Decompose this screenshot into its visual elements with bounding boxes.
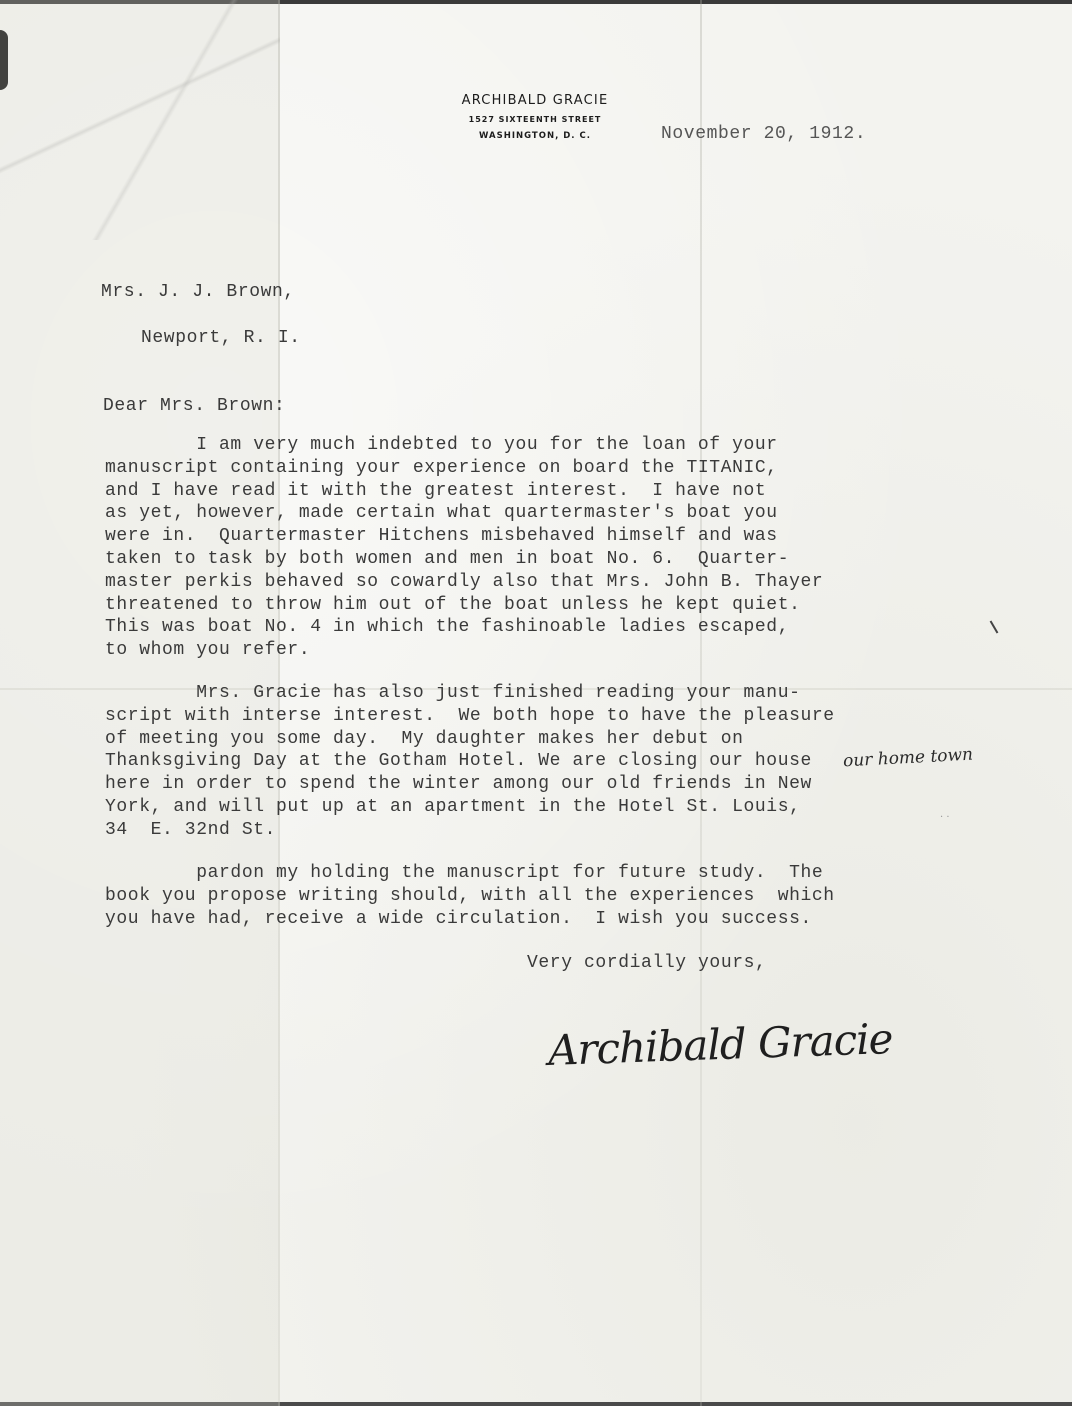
body-line: script with interse interest. We both ho…: [105, 705, 835, 728]
body-line: you have had, receive a wide circulation…: [105, 908, 835, 931]
body-line: Thanksgiving Day at the Gotham Hotel. We…: [105, 750, 835, 773]
body-line: Mrs. Gracie has also just finished readi…: [105, 682, 835, 705]
body-paragraph-1: I am very much indebted to you for the l…: [105, 434, 823, 662]
body-line: pardon my holding the manuscript for fut…: [105, 862, 835, 885]
signature: Archibald Gracie: [547, 1014, 893, 1075]
body-line: of meeting you some day. My daughter mak…: [105, 728, 835, 751]
body-line: 34 E. 32nd St.: [105, 819, 835, 842]
body-paragraph-2: Mrs. Gracie has also just finished readi…: [105, 682, 835, 842]
handwritten-correction: our home town: [843, 745, 974, 772]
letterhead-street: 1527 SIXTEENTH STREET: [430, 113, 640, 127]
body-line: and I have read it with the greatest int…: [105, 480, 823, 503]
body-line: manuscript containing your experience on…: [105, 457, 823, 480]
body-line: here in order to spend the winter among …: [105, 773, 835, 796]
body-line: as yet, however, made certain what quart…: [105, 502, 823, 525]
letter-date: November 20, 1912.: [661, 124, 866, 144]
body-line: to whom you refer.: [105, 639, 823, 662]
body-line: master perkis behaved so cowardly also t…: [105, 571, 823, 594]
letterhead: ARCHIBALD GRACIE 1527 SIXTEENTH STREET W…: [430, 92, 640, 143]
letterhead-name: ARCHIBALD GRACIE: [430, 92, 640, 110]
body-line: York, and will put up at an apartment in…: [105, 796, 835, 819]
ink-mark: [990, 620, 999, 633]
letterhead-city: WASHINGTON, D. C.: [430, 129, 640, 143]
body-line: threatened to throw him out of the boat …: [105, 594, 823, 617]
recipient-city: Newport, R. I.: [141, 328, 301, 348]
body-line: I am very much indebted to you for the l…: [105, 434, 823, 457]
body-line: taken to task by both women and men in b…: [105, 548, 823, 571]
body-paragraph-3: pardon my holding the manuscript for fut…: [105, 862, 835, 930]
margin-pencil-mark: · ·: [940, 812, 950, 823]
closing: Very cordially yours,: [527, 953, 766, 973]
body-line: This was boat No. 4 in which the fashino…: [105, 616, 823, 639]
letter-page: ARCHIBALD GRACIE 1527 SIXTEENTH STREET W…: [0, 0, 1072, 1406]
body-line: book you propose writing should, with al…: [105, 885, 835, 908]
recipient-name: Mrs. J. J. Brown,: [101, 282, 295, 302]
body-line: were in. Quartermaster Hitchens misbehav…: [105, 525, 823, 548]
salutation: Dear Mrs. Brown:: [103, 396, 285, 416]
